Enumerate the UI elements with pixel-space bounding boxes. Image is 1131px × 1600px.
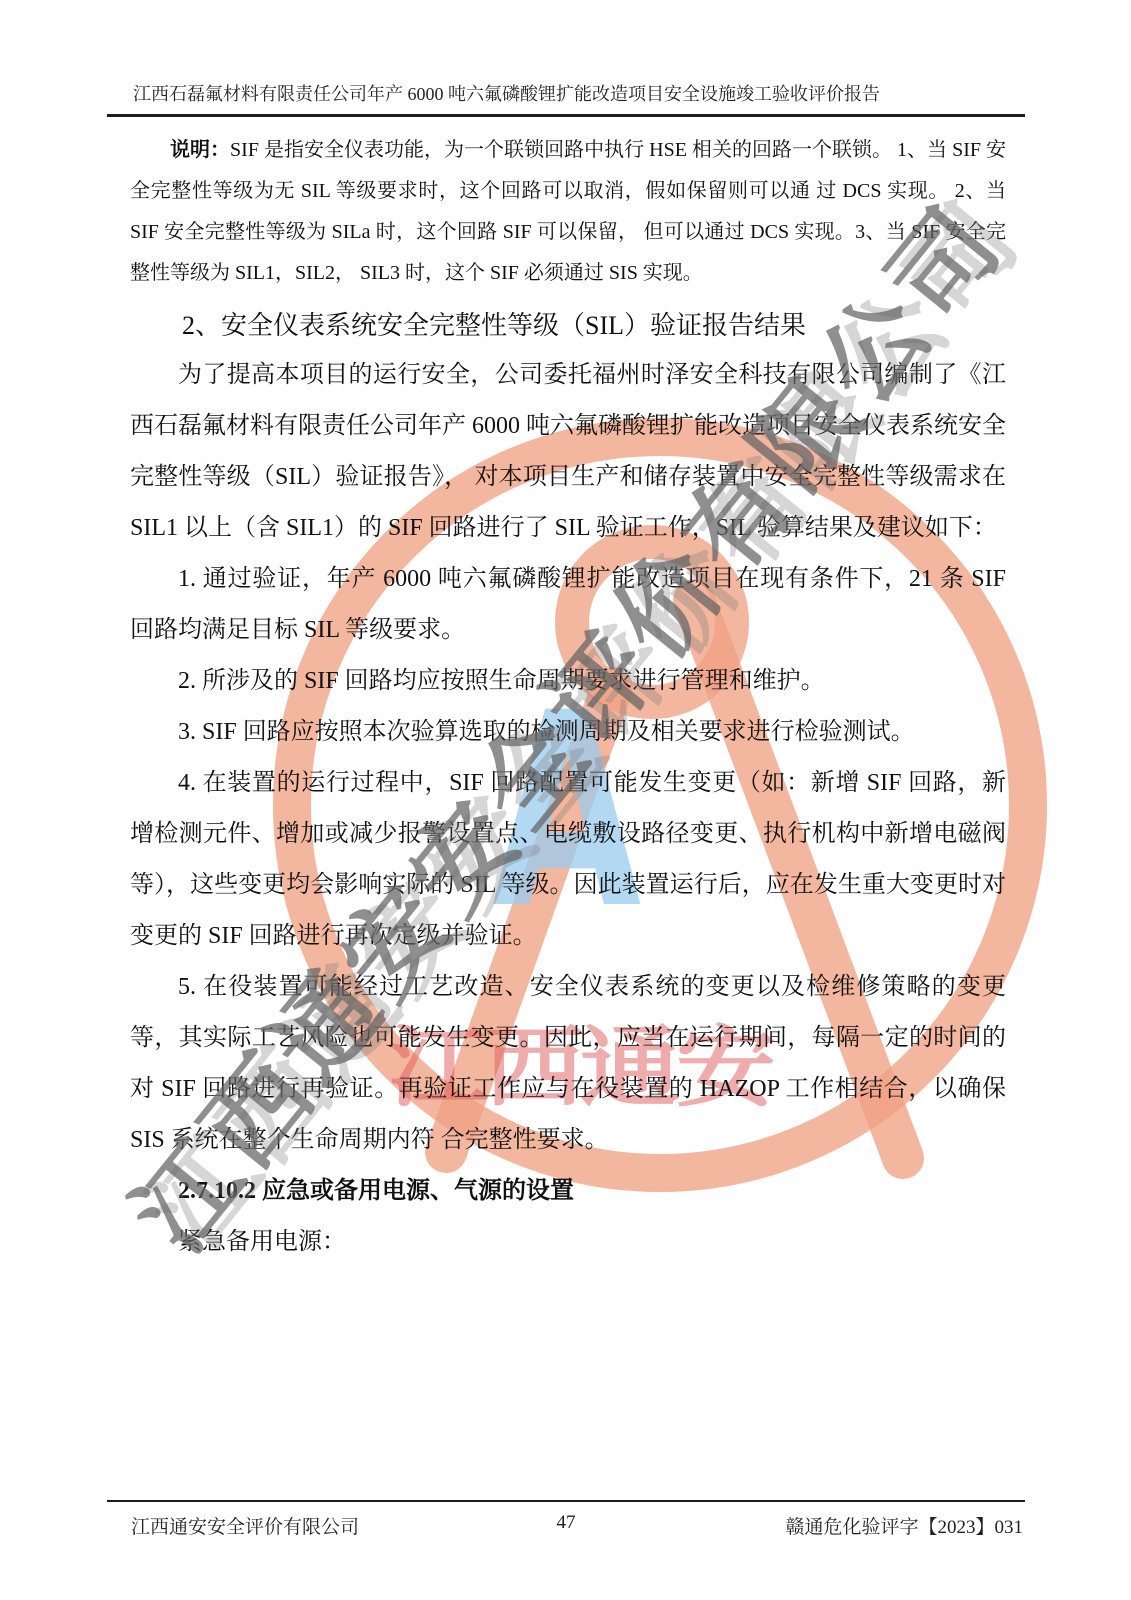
footer-page-number: 47 <box>557 1512 576 1534</box>
body-paragraph-4: 3. SIF 回路应按照本次验算选取的检测周期及相关要求进行检验测试。 <box>130 707 1006 758</box>
body-paragraph-1: 为了提高本项目的运行安全，公司委托福州时泽安全科技有限公司编制了《江西石磊氟材料… <box>130 350 1006 554</box>
page-footer: 江西通安安全评价有限公司 47 赣通危化验评字【2023】031 <box>107 1500 1025 1512</box>
note-text: SIF 是指安全仪表功能，为一个联锁回路中执行 HSE 相关的回路一个联锁。 1… <box>130 139 1006 284</box>
body-paragraph-3: 2. 所涉及的 SIF 回路均应按照生命周期要求进行管理和维护。 <box>130 656 1006 707</box>
body-paragraph-5: 4. 在装置的运行过程中，SIF 回路配置可能发生变更（如：新增 SIF 回路，… <box>130 758 1006 962</box>
document-page: A 江西通安 江西石磊氟材料有限责任公司年产 6000 吨六氟磷酸锂扩能改造项目… <box>0 0 1131 1600</box>
subsection-heading: 2.7.10.2 应急或备用电源、气源的设置 <box>130 1166 1006 1217</box>
document-body: 说明：SIF 是指安全仪表功能，为一个联锁回路中执行 HSE 相关的回路一个联锁… <box>130 130 1006 1268</box>
closing-line: 紧急备用电源： <box>130 1217 1006 1268</box>
header-title: 江西石磊氟材料有限责任公司年产 6000 吨六氟磷酸锂扩能改造项目安全设施竣工验… <box>133 84 880 104</box>
note-paragraph: 说明：SIF 是指安全仪表功能，为一个联锁回路中执行 HSE 相关的回路一个联锁… <box>130 130 1006 294</box>
body-paragraph-2: 1. 通过验证，年产 6000 吨六氟磷酸锂扩能改造项目在现有条件下，21 条 … <box>130 554 1006 656</box>
note-label: 说明： <box>170 139 230 161</box>
footer-company: 江西通安安全评价有限公司 <box>131 1512 359 1539</box>
body-paragraph-6: 5. 在役装置可能经过工艺改造、安全仪表系统的变更以及检维修策略的变更等，其实际… <box>130 962 1006 1166</box>
page-header: 江西石磊氟材料有限责任公司年产 6000 吨六氟磷酸锂扩能改造项目安全设施竣工验… <box>107 83 1025 117</box>
section-heading: 2、安全仪表系统安全完整性等级（SIL）验证报告结果 <box>130 302 1006 350</box>
footer-doc-number: 赣通危化验评字【2023】031 <box>785 1512 1023 1539</box>
